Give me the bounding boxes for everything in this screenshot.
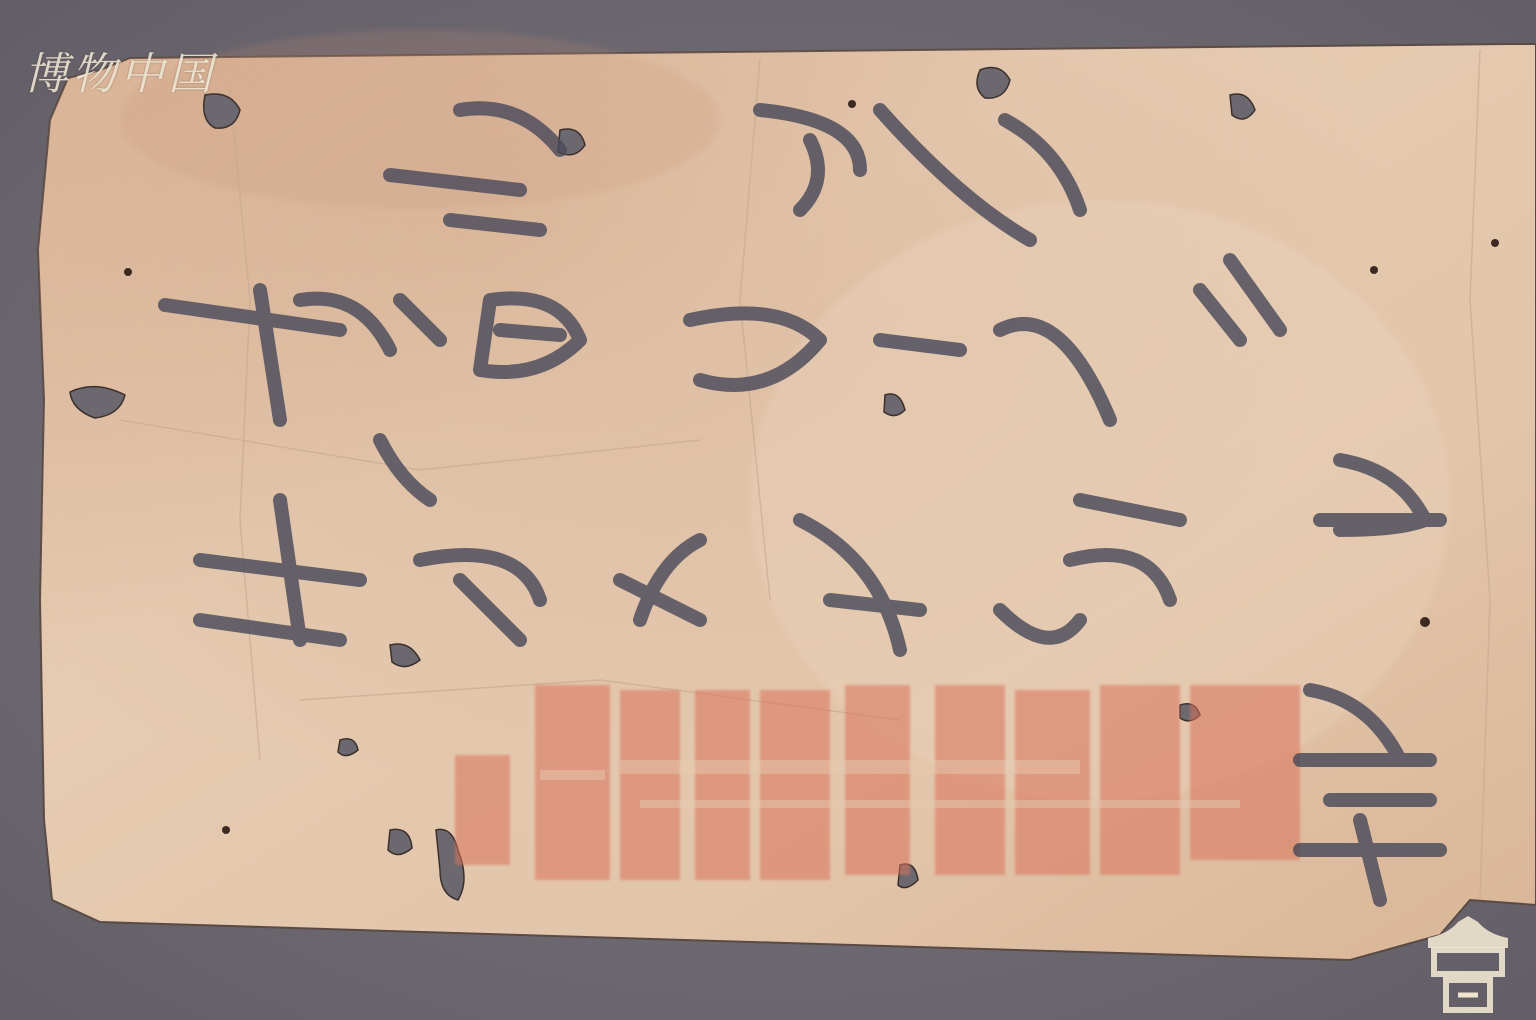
pavilion-logo-icon: [1418, 908, 1518, 1018]
red-seal-impression: [455, 685, 1300, 880]
watermark-text: 博物中国: [24, 38, 216, 102]
document-photo: [0, 0, 1536, 1020]
